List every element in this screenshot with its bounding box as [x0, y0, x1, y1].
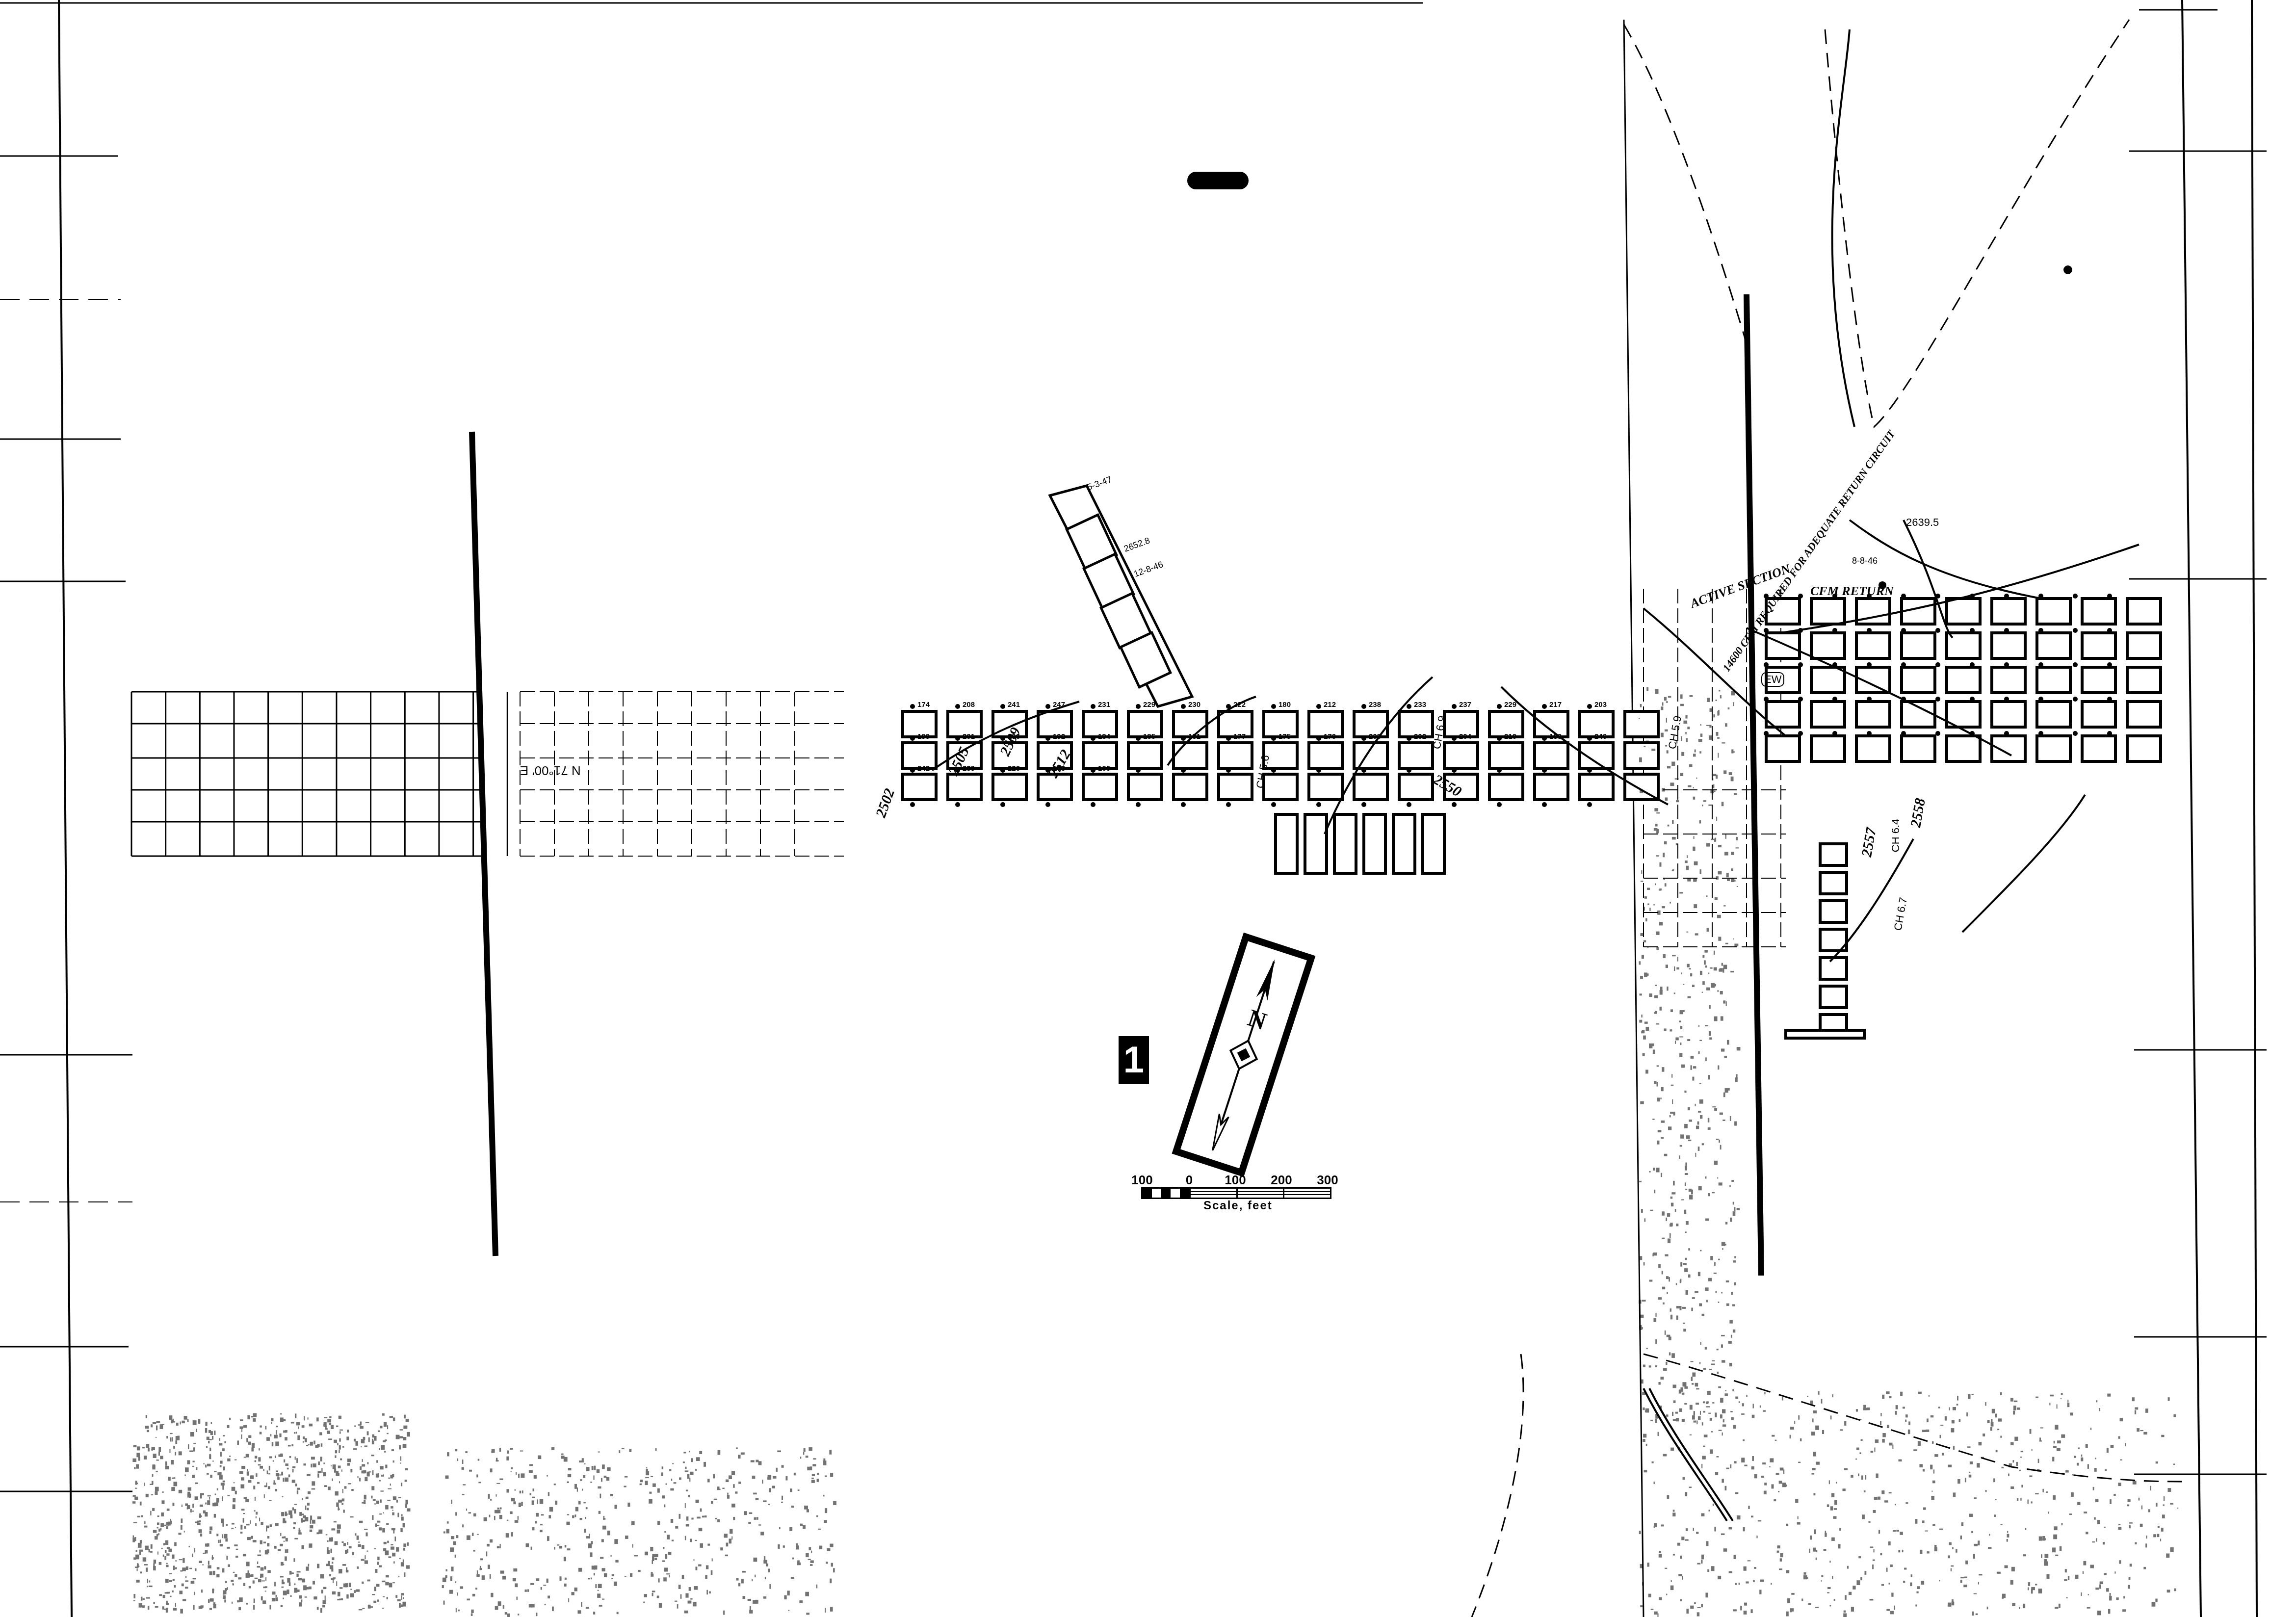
north-arrow-icon: N	[1176, 937, 1311, 1173]
plate-number: 1	[1119, 1036, 1149, 1084]
seam-thickness-label: CH 6.4	[1889, 819, 1902, 852]
scale-tick: 100	[1225, 1173, 1246, 1188]
station-label: 183	[1549, 732, 1562, 741]
station-label: 246	[1594, 732, 1607, 741]
date-label: 8-8-46	[1852, 556, 1878, 566]
bearing-label: N 71°00' E	[520, 763, 581, 778]
ink-mark	[1187, 172, 1249, 189]
station-label: 181	[1188, 732, 1200, 741]
scale-tick: 200	[1271, 1173, 1292, 1188]
station-label: 192	[1053, 732, 1065, 741]
station-label: 210	[1504, 732, 1516, 741]
station-label: 180	[1278, 701, 1291, 709]
station-label: 202	[1414, 732, 1426, 741]
scale-track	[1141, 1187, 1331, 1199]
station-label: 196	[1008, 732, 1020, 741]
station-label: 160	[1098, 764, 1110, 773]
station-label: 212	[1324, 701, 1336, 709]
cfm-return-note: CFM RETURN	[1810, 584, 1894, 599]
station-label: 204	[1459, 732, 1471, 741]
station-label: 230	[1188, 701, 1200, 709]
station-label: 217	[1549, 701, 1562, 709]
station-label: 174	[917, 701, 930, 709]
station-label: 229	[1143, 701, 1155, 709]
station-label: 242	[917, 764, 930, 773]
station-label: 203	[1594, 701, 1607, 709]
station-label: 233	[1414, 701, 1426, 709]
boundary-lines	[1472, 20, 2183, 1617]
station-label: 237	[1459, 701, 1471, 709]
station-label: 247	[1053, 701, 1065, 709]
scale-segment	[1189, 1189, 1236, 1198]
station-label: 185	[1143, 732, 1155, 741]
station-label: 205	[1369, 732, 1381, 741]
scale-tick: 300	[1317, 1173, 1338, 1188]
station-label: 239	[963, 764, 975, 773]
station-label: 208	[963, 701, 975, 709]
scale-tick: 100	[1131, 1173, 1152, 1188]
station-label: 229	[1504, 701, 1516, 709]
station-label: 163	[1053, 764, 1065, 773]
station-label: 238	[1369, 701, 1381, 709]
scale-segment-checker	[1143, 1189, 1189, 1198]
scale-tick: 0	[1186, 1173, 1193, 1188]
station-label: 241	[1008, 701, 1020, 709]
scale-segment	[1283, 1189, 1330, 1198]
mine-map: N	[0, 0, 2296, 1617]
station-label: 170	[1324, 732, 1336, 741]
station-label: 226	[1008, 764, 1020, 773]
ew-tag: EW	[1761, 672, 1784, 687]
scale-caption: Scale, feet	[1203, 1199, 1273, 1213]
station-label: 222	[1233, 701, 1246, 709]
elevation-label: 2639.5	[1906, 516, 1939, 529]
station-label: 201	[963, 732, 975, 741]
station-label: 231	[1098, 701, 1110, 709]
scale-segment	[1236, 1189, 1283, 1198]
scale-bar: 100 0 100 200 300 Scale, feet	[1137, 1173, 1368, 1212]
station-label: 177	[1233, 732, 1246, 741]
coordinate-grid-left	[131, 692, 507, 856]
road-line	[1644, 29, 1854, 1521]
station-label: 184	[1098, 732, 1110, 741]
station-label: 199	[917, 732, 930, 741]
station-label: 175	[1278, 732, 1291, 741]
northeast-entries	[1050, 486, 1192, 706]
scale-ticks: 100 0 100 200 300	[1137, 1173, 1368, 1184]
